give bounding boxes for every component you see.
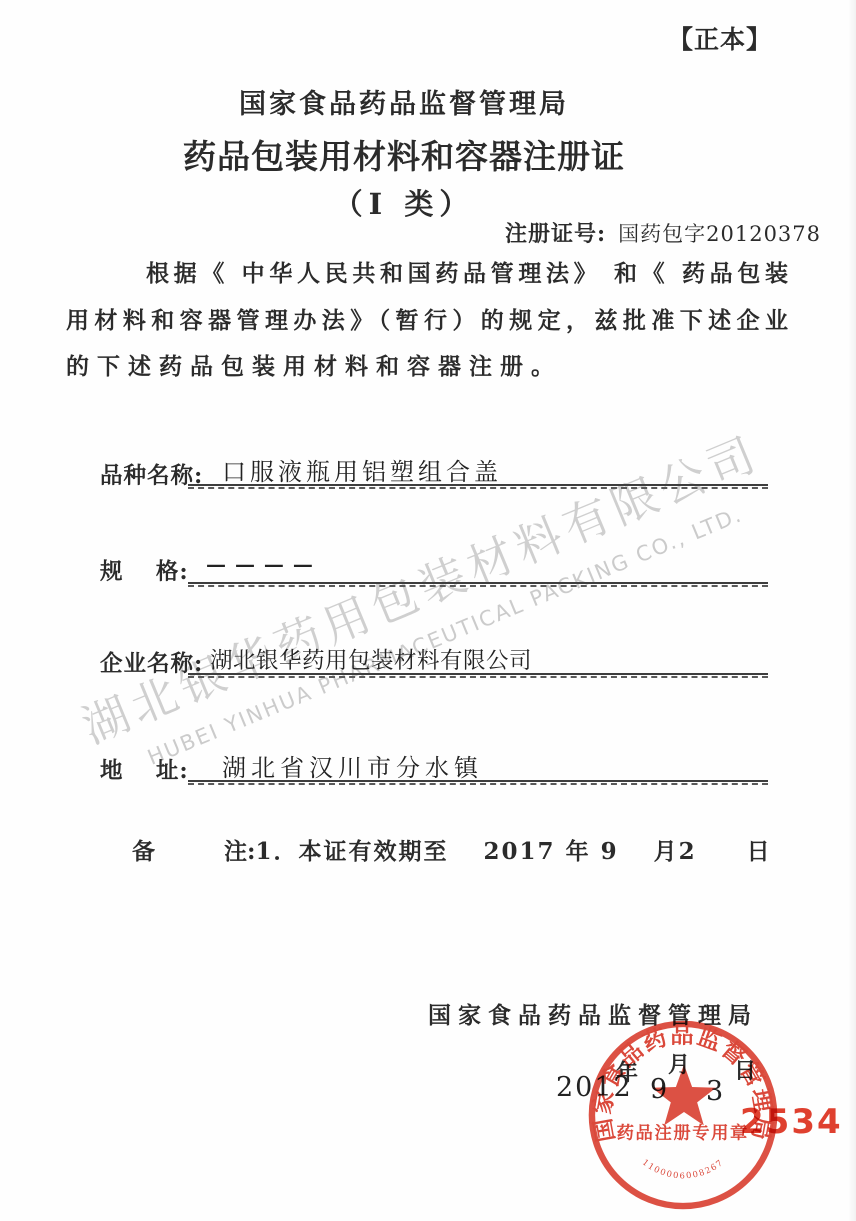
- certificate-title: 药品包装用材料和容器注册证: [0, 131, 808, 178]
- remark-label: 备 注:: [132, 838, 256, 865]
- seal-code-text: 1100006008267: [641, 1157, 726, 1180]
- registration-number-value: 国药包字20120378: [618, 222, 821, 246]
- body-line-1: 根据《 中华人民共和国药品管理法》 和《 药品包装: [66, 251, 790, 298]
- body-line-3: 的下述药品包装用材料和容器注册。: [66, 344, 790, 391]
- remark-text: 1．本证有效期至 2017 年 9 月2 日: [256, 838, 772, 865]
- seal-serial-number: 2534: [740, 1102, 843, 1142]
- field-underline: [188, 780, 768, 787]
- remark-row: 备 注:1．本证有效期至 2017 年 9 月2 日: [100, 806, 772, 893]
- seal-title-text: 药品注册专用章: [617, 1123, 748, 1144]
- field-company-name: 企业名称: 湖北银华药用包装材料有限公司: [100, 640, 770, 680]
- field-underline: [188, 484, 768, 491]
- field-product-name: 品种名称: 口服液瓶用铝塑组合盖: [100, 452, 770, 492]
- field-underline: [188, 673, 768, 680]
- field-company-name-value: 湖北银华药用包装材料有限公司: [210, 643, 532, 675]
- seal-star-icon: [652, 1065, 716, 1126]
- body-paragraph: 根据《 中华人民共和国药品管理法》 和《 药品包装 用材料和容器管理办法》（暂行…: [66, 251, 790, 391]
- copy-type-label: 【正本】: [668, 20, 772, 56]
- field-address: 地 址: 湖北省汉川市分水镇: [100, 747, 770, 787]
- field-specification-label: 规 格:: [100, 554, 189, 586]
- body-line-2: 用材料和容器管理办法》（暂行）的规定，兹批准下述企业: [66, 298, 790, 345]
- field-underline: [188, 582, 768, 589]
- field-address-value: 湖北省汉川市分水镇: [222, 748, 483, 783]
- field-product-name-value: 口服液瓶用铝塑组合盖: [222, 452, 502, 487]
- certificate-page: 湖北银华药用包装材料有限公司 HUBEI YINHUA PHARMACEUTIC…: [0, 0, 856, 1221]
- field-address-label: 地 址:: [100, 753, 189, 785]
- title-block: 国家食品药品监督管理局 药品包装用材料和容器注册证 （I 类）: [0, 82, 808, 223]
- field-specification: 规 格: — — — —: [100, 548, 770, 588]
- svg-text:1100006008267: 1100006008267: [641, 1157, 726, 1180]
- field-specification-value: — — — —: [206, 552, 314, 576]
- issuing-agency-title: 国家食品药品监督管理局: [0, 82, 808, 121]
- registration-number-label: 注册证号:: [505, 221, 606, 247]
- registration-number-row: 注册证号:国药包字20120378: [505, 217, 821, 248]
